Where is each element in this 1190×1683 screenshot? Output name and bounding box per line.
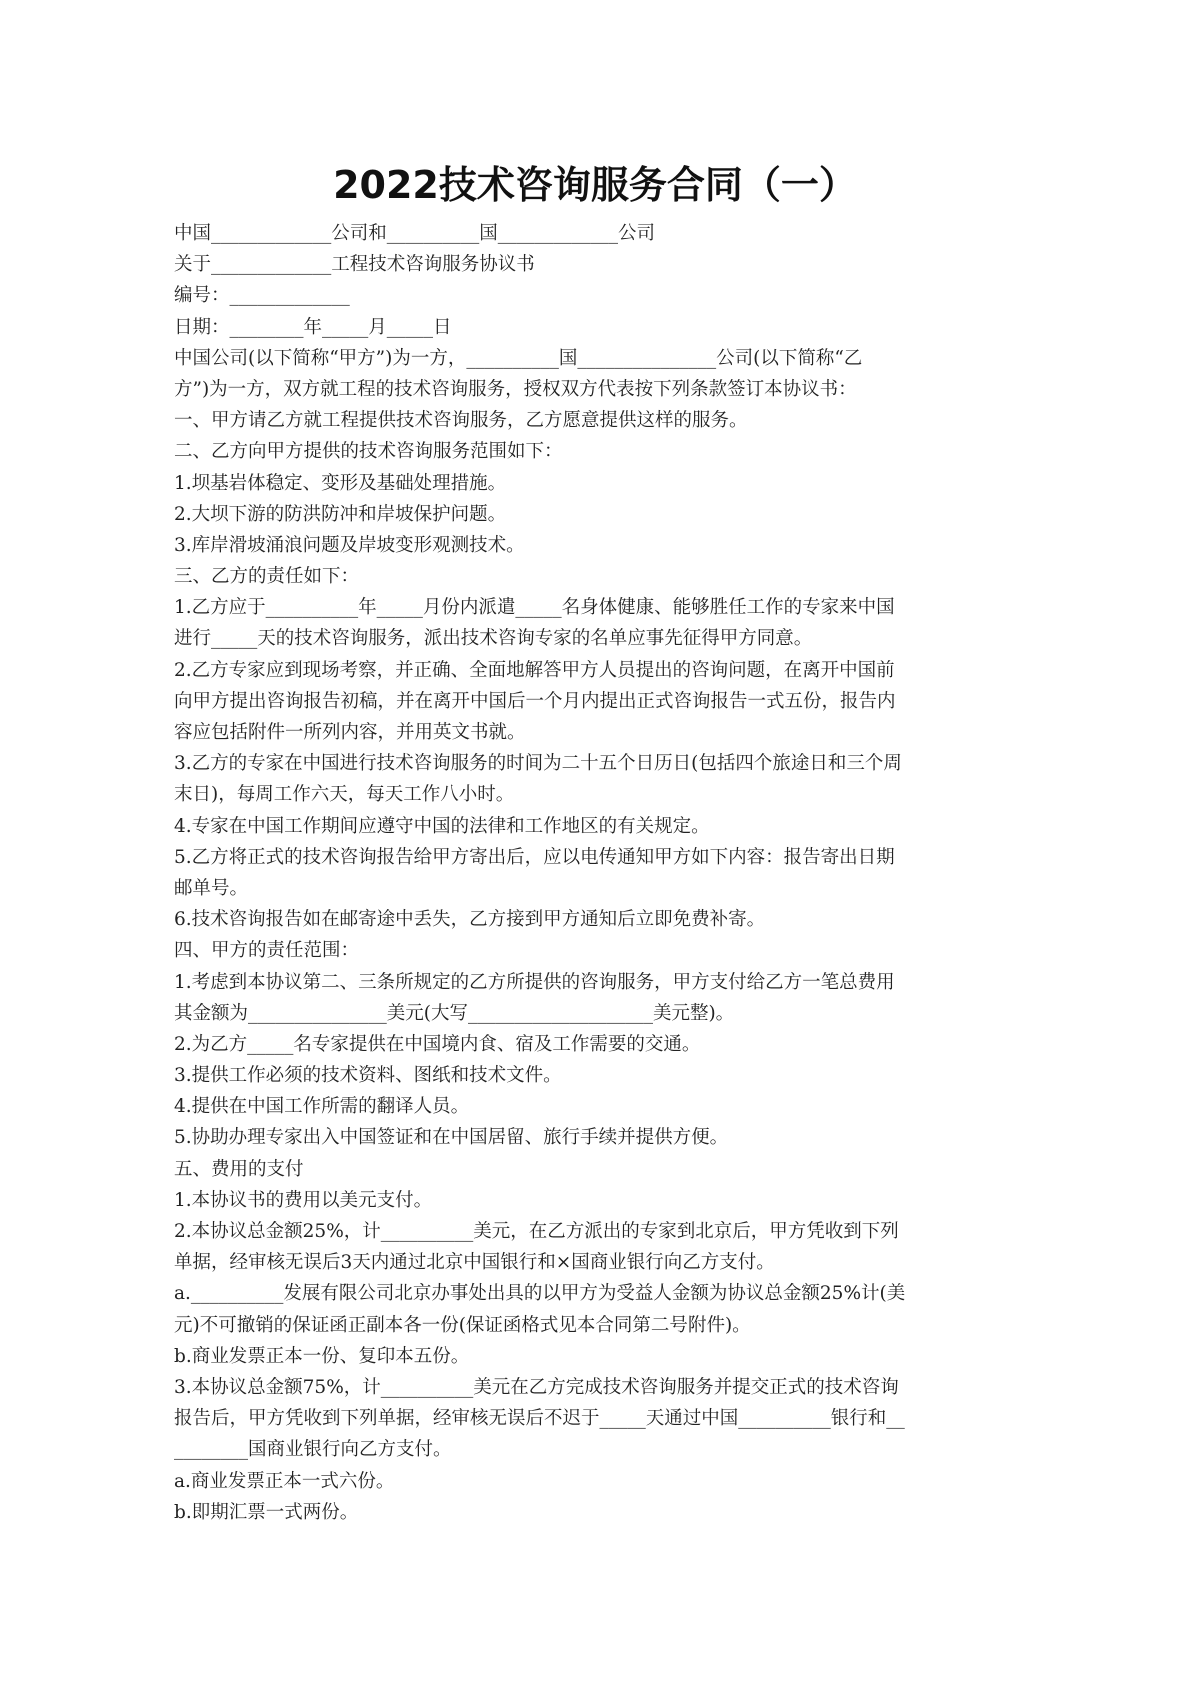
section-heading: 三、乙方的责任如下：: [174, 561, 1016, 592]
list-item: 邮单号。: [174, 873, 1016, 904]
list-item: 5.乙方将正式的技术咨询报告给甲方寄出后，应以电传通知甲方如下内容：报告寄出日期: [174, 842, 1016, 873]
list-item: 1.本协议书的费用以美元支付。: [174, 1185, 1016, 1216]
list-item: 5.协助办理专家出入中国签证和在中国居留、旅行手续并提供方便。: [174, 1122, 1016, 1153]
list-item: 末日)，每周工作六天，每天工作八小时。: [174, 779, 1016, 810]
document-title: 2022技术咨询服务合同（一）: [0, 160, 1190, 210]
text-line: 中国_____________公司和__________国___________…: [174, 218, 1016, 249]
list-item: 1.乙方应于__________年_____月份内派遣_____名身体健康、能够…: [174, 592, 1016, 623]
list-item: ________国商业银行向乙方支付。: [174, 1434, 1016, 1465]
document-page: 2022技术咨询服务合同（一） 中国_____________公司和______…: [0, 0, 1190, 1683]
list-item: a.__________发展有限公司北京办事处出具的以甲方为受益人金额为协议总金…: [174, 1278, 1016, 1309]
list-item: 单据，经审核无误后3天内通过北京中国银行和×国商业银行向乙方支付。: [174, 1247, 1016, 1278]
list-item: 3.本协议总金额75%，计__________美元在乙方完成技术咨询服务并提交正…: [174, 1372, 1016, 1403]
document-body: 中国_____________公司和__________国___________…: [174, 218, 1016, 1528]
list-item: 3.库岸滑坡涌浪问题及岸坡变形观测技术。: [174, 530, 1016, 561]
section-heading: 五、费用的支付: [174, 1154, 1016, 1185]
list-item: 6.技术咨询报告如在邮寄途中丢失，乙方接到甲方通知后立即免费补寄。: [174, 904, 1016, 935]
list-item: 进行_____天的技术咨询服务，派出技术咨询专家的名单应事先征得甲方同意。: [174, 623, 1016, 654]
text-line: 编号：_____________: [174, 280, 1016, 311]
section-heading: 一、甲方请乙方就工程提供技术咨询服务，乙方愿意提供这样的服务。: [174, 405, 1016, 436]
list-item: b.商业发票正本一份、复印本五份。: [174, 1341, 1016, 1372]
list-item: 容应包括附件一所列内容，并用英文书就。: [174, 717, 1016, 748]
list-item: 2.乙方专家应到现场考察，并正确、全面地解答甲方人员提出的咨询问题，在离开中国前: [174, 655, 1016, 686]
list-item: b.即期汇票一式两份。: [174, 1497, 1016, 1528]
list-item: 2.大坝下游的防洪防冲和岸坡保护问题。: [174, 499, 1016, 530]
list-item: 2.本协议总金额25%，计__________美元，在乙方派出的专家到北京后，甲…: [174, 1216, 1016, 1247]
list-item: 4.专家在中国工作期间应遵守中国的法律和工作地区的有关规定。: [174, 811, 1016, 842]
list-item: 1.坝基岩体稳定、变形及基础处理措施。: [174, 468, 1016, 499]
list-item: 元)不可撤销的保证函正副本各一份(保证函格式见本合同第二号附件)。: [174, 1310, 1016, 1341]
list-item: 4.提供在中国工作所需的翻译人员。: [174, 1091, 1016, 1122]
list-item: 3.提供工作必须的技术资料、图纸和技术文件。: [174, 1060, 1016, 1091]
section-heading: 二、乙方向甲方提供的技术咨询服务范围如下：: [174, 436, 1016, 467]
text-line: 关于_____________工程技术咨询服务协议书: [174, 249, 1016, 280]
list-item: 其金额为_______________美元(大写________________…: [174, 998, 1016, 1029]
list-item: 2.为乙方_____名专家提供在中国境内食、宿及工作需要的交通。: [174, 1029, 1016, 1060]
list-item: 报告后，甲方凭收到下列单据，经审核无误后不迟于_____天通过中国_______…: [174, 1403, 1016, 1434]
list-item: a.商业发票正本一式六份。: [174, 1466, 1016, 1497]
list-item: 向甲方提出咨询报告初稿，并在离开中国后一个月内提出正式咨询报告一式五份，报告内: [174, 686, 1016, 717]
list-item: 3.乙方的专家在中国进行技术咨询服务的时间为二十五个日历日(包括四个旅途日和三个…: [174, 748, 1016, 779]
text-line: 日期：________年_____月_____日: [174, 312, 1016, 343]
section-heading: 四、甲方的责任范围：: [174, 935, 1016, 966]
text-line: 方”)为一方，双方就工程的技术咨询服务，授权双方代表按下列条款签订本协议书：: [174, 374, 1016, 405]
text-line: 中国公司(以下简称“甲方”)为一方，__________国___________…: [174, 343, 1016, 374]
list-item: 1.考虑到本协议第二、三条所规定的乙方所提供的咨询服务，甲方支付给乙方一笔总费用: [174, 967, 1016, 998]
